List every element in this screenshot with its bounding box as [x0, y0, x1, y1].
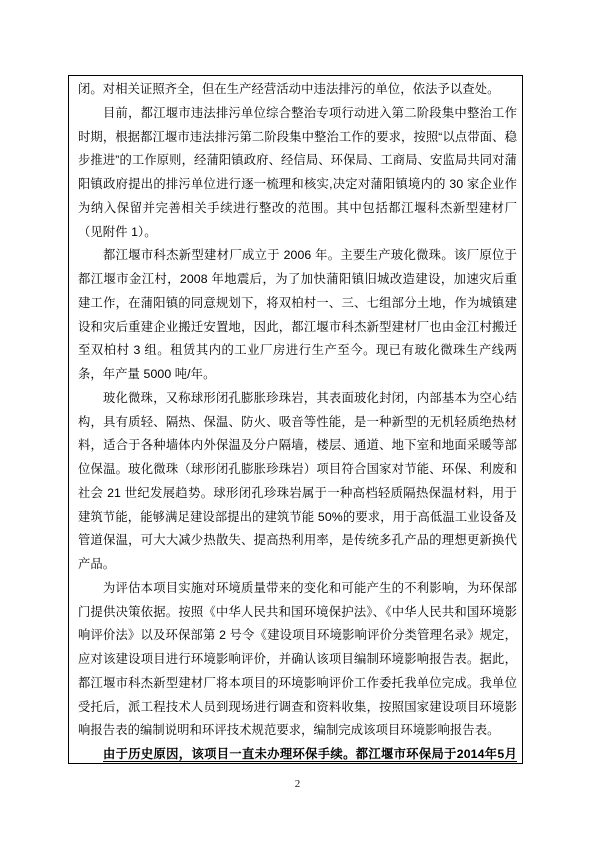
- content-border-frame: 闭。对相关证照齐全，但在生产经营活动中违法排污的单位，依法予以查处。 目前，都江…: [68, 75, 523, 764]
- body-paragraph-eia-basis: 为评估本项目实施对环境质量带来的变化和可能产生的不利影响，为环保部门提供决策依据…: [78, 577, 517, 743]
- body-paragraph-factory-history: 都江堰市科杰新型建材厂成立于 2006 年。主要生产玻化微珠。该厂原位于都江堰市…: [78, 244, 517, 387]
- body-paragraph-permit-history: 由于历史原因，该项目一直未办理环保手续。都江堰市环保局于2014年5月出具了《责…: [78, 743, 517, 764]
- body-paragraph-product-description: 玻化微珠，又称球形闭孔膨胀珍珠岩，其表面玻化封闭，内部基本为空心结构，具有质轻、…: [78, 387, 517, 577]
- document-page: 闭。对相关证照齐全，但在生产经营活动中违法排污的单位，依法予以查处。 目前，都江…: [0, 0, 595, 842]
- page-number: 2: [0, 778, 595, 790]
- body-paragraph-campaign: 目前，都江堰市违法排污单位综合整治专项行动进入第二阶段集中整治工作时期，根据都江…: [78, 102, 517, 245]
- body-paragraph-continuation: 闭。对相关证照齐全，但在生产经营活动中违法排污的单位，依法予以查处。: [78, 78, 517, 102]
